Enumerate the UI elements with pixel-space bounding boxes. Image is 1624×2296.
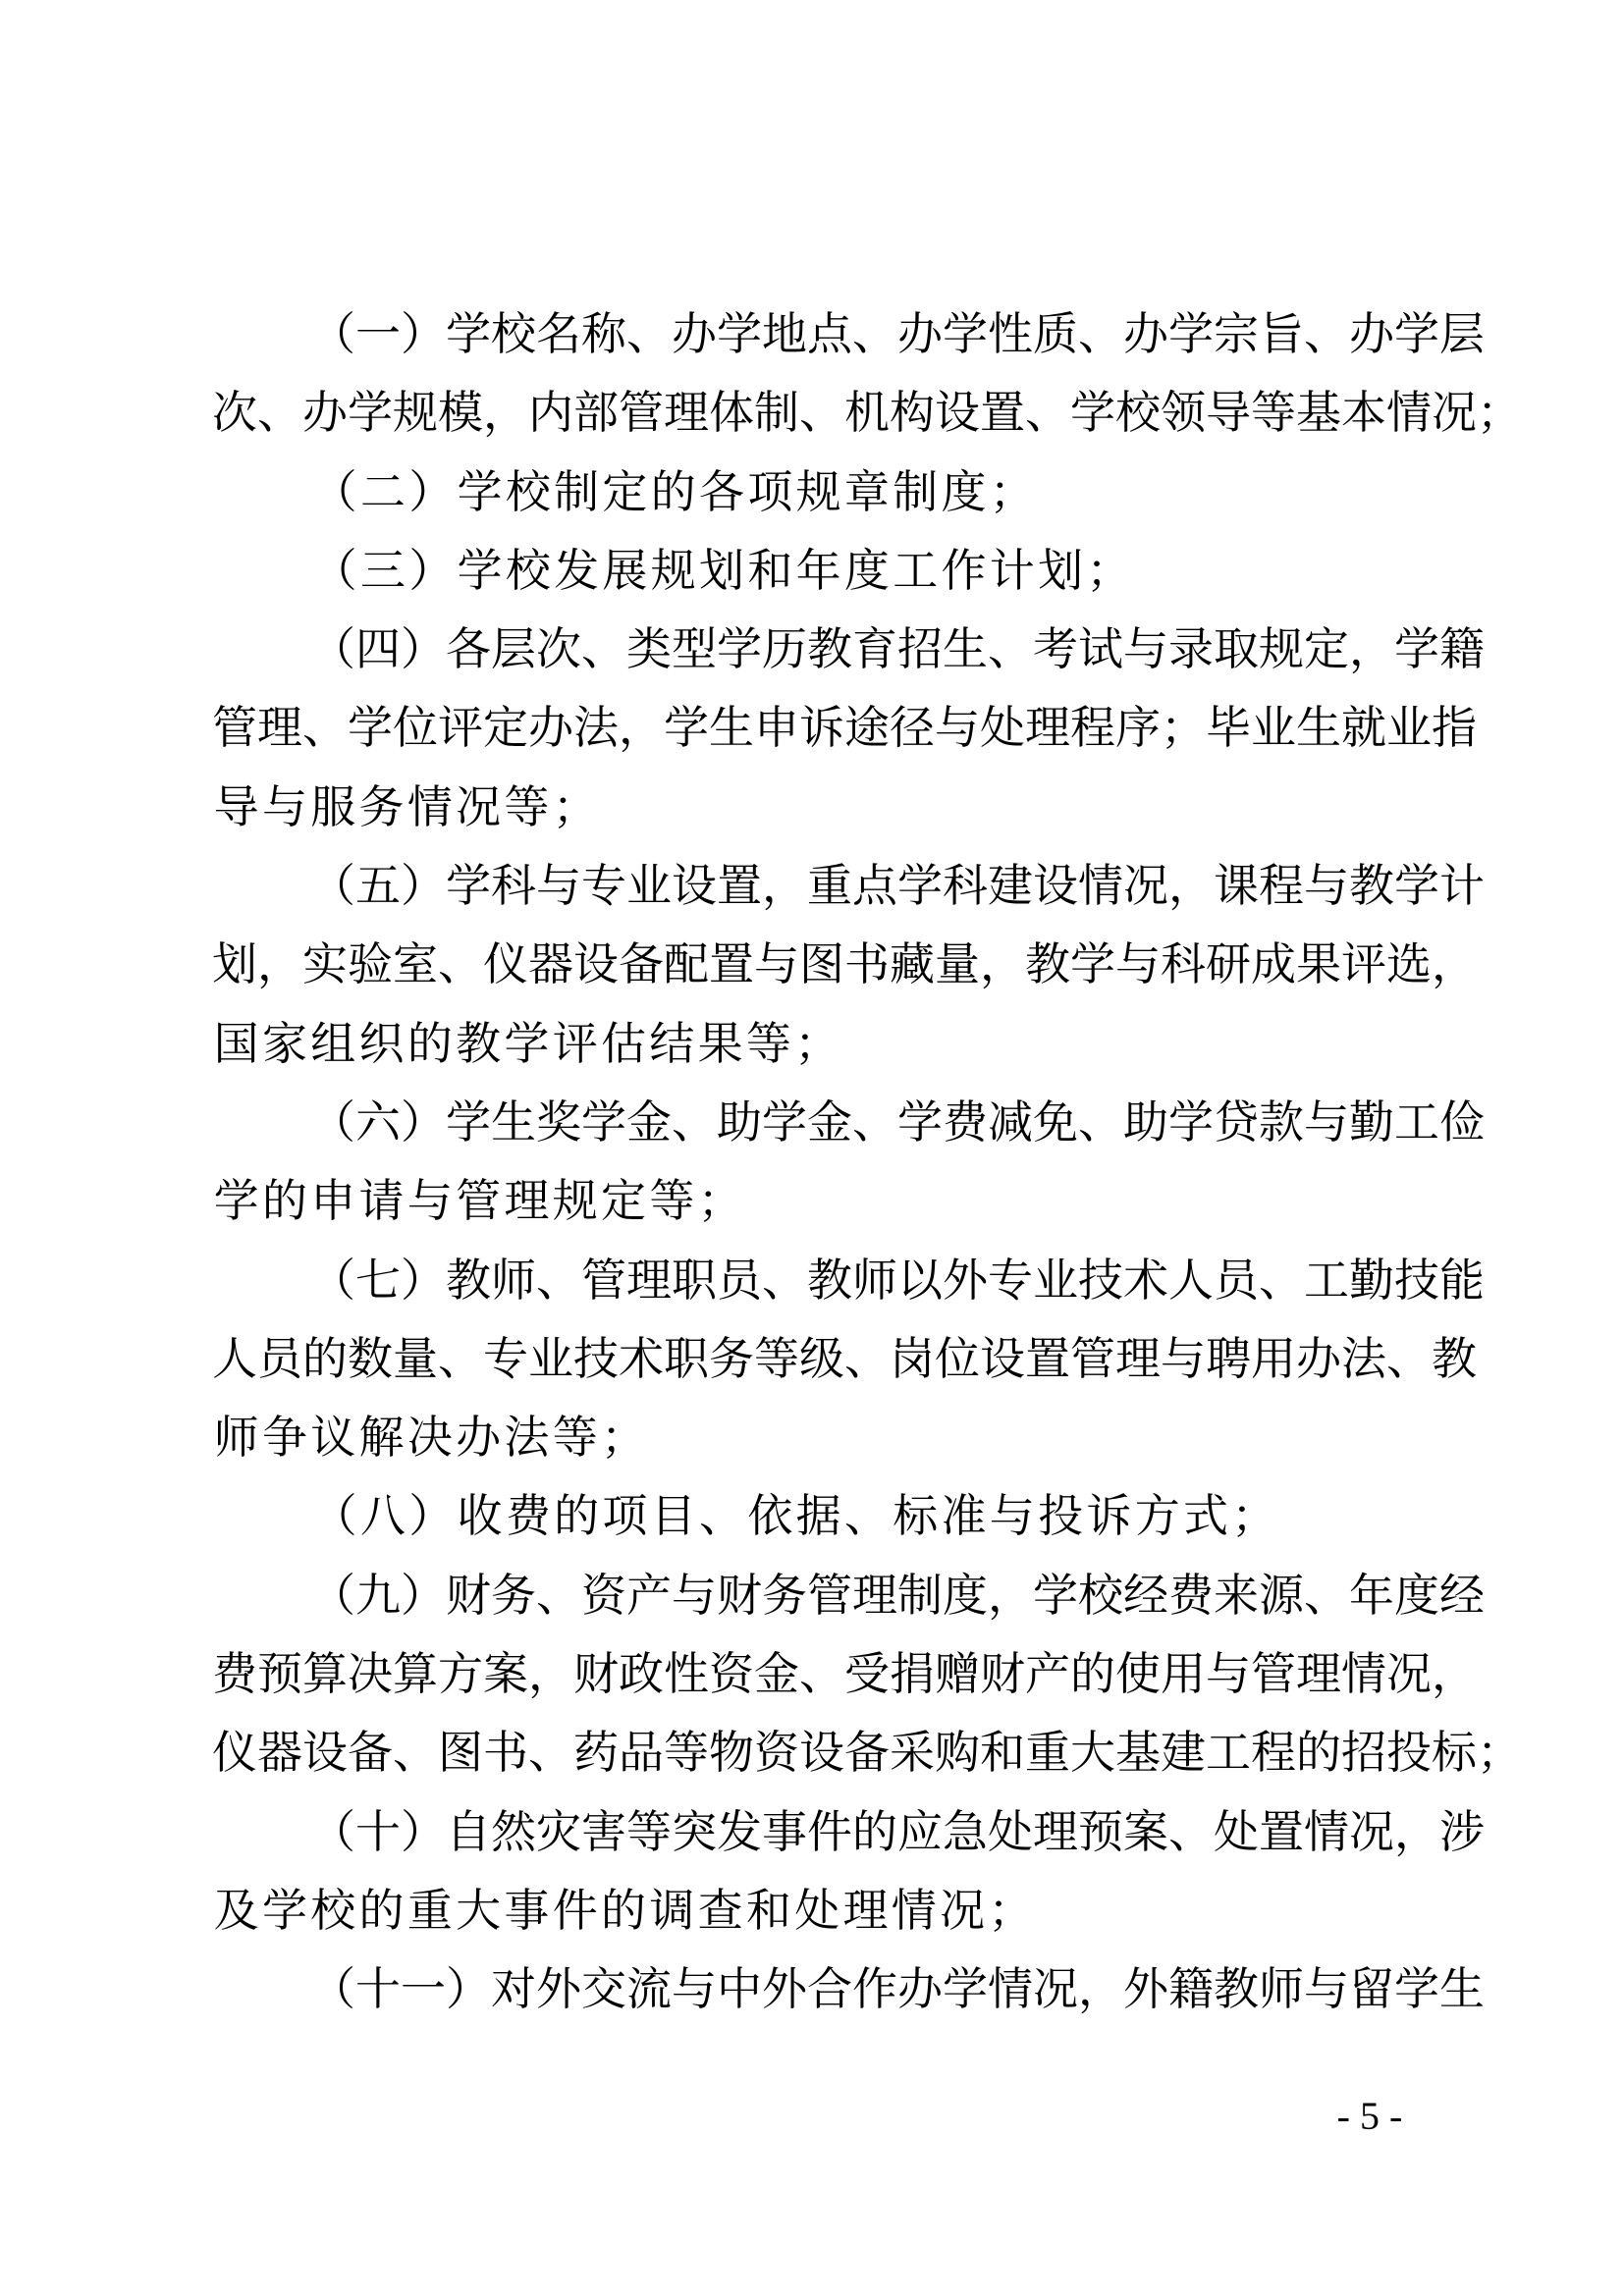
list-item-line: 导与服务情况等； (212, 768, 1422, 846)
list-item-line: 划，实验室、仪器设备配置与图书藏量，教学与科研成果评选， (212, 925, 1422, 1003)
list-item-first-line: （一）学校名称、办学地点、办学性质、办学宗旨、办学层 (212, 294, 1422, 373)
list-item-first-line: （五）学科与专业设置，重点学科建设情况，课程与教学计 (212, 846, 1422, 925)
list-item-first-line: （十）自然灾害等突发事件的应急处理预案、处置情况，涉 (212, 1792, 1422, 1871)
list-item-line: 学的申请与管理规定等； (212, 1161, 1422, 1240)
list-item: （十一）对外交流与中外合作办学情况，外籍教师与留学生 (212, 1949, 1422, 2028)
list-item-first-line: （六）学生奖学金、助学金、学费减免、助学贷款与勤工俭 (212, 1083, 1422, 1161)
list-item: （二）学校制定的各项规章制度； (212, 453, 1422, 531)
list-item-line: 费预算决算方案，财政性资金、受捐赠财产的使用与管理情况， (212, 1634, 1422, 1713)
list-item-line: 仪器设备、图书、药品等物资设备采购和重大基建工程的招投标； (212, 1713, 1422, 1791)
list-item-first-line: （九）财务、资产与财务管理制度，学校经费来源、年度经 (212, 1556, 1422, 1634)
list-item: （三）学校发展规划和年度工作计划； (212, 531, 1422, 610)
list-item: （六）学生奖学金、助学金、学费减免、助学贷款与勤工俭学的申请与管理规定等； (212, 1083, 1422, 1241)
list-item-line: 师争议解决办法等； (212, 1398, 1422, 1476)
list-item-line: 管理、学位评定办法，学生申诉途径与处理程序；毕业生就业指 (212, 688, 1422, 767)
document-page: （一）学校名称、办学地点、办学性质、办学宗旨、办学层次、办学规模，内部管理体制、… (0, 0, 1624, 2296)
list-item-line: 人员的数量、专业技术职务等级、岗位设置管理与聘用办法、教 (212, 1319, 1422, 1398)
list-item-line: 国家组织的教学评估结果等； (212, 1004, 1422, 1083)
list-item-first-line: （七）教师、管理职员、教师以外专业技术人员、工勤技能 (212, 1241, 1422, 1319)
list-item-line: 次、办学规模，内部管理体制、机构设置、学校领导等基本情况； (212, 373, 1422, 452)
list-item-first-line: （三）学校发展规划和年度工作计划； (212, 531, 1422, 610)
page-number: - 5 - (1316, 2089, 1424, 2144)
list-item: （五）学科与专业设置，重点学科建设情况，课程与教学计划，实验室、仪器设备配置与图… (212, 846, 1422, 1083)
list-item: （四）各层次、类型学历教育招生、考试与录取规定，学籍管理、学位评定办法，学生申诉… (212, 610, 1422, 846)
list-item-first-line: （十一）对外交流与中外合作办学情况，外籍教师与留学生 (212, 1949, 1422, 2028)
list-item-line: 及学校的重大事件的调查和处理情况； (212, 1871, 1422, 1949)
list-item: （八）收费的项目、依据、标准与投诉方式； (212, 1476, 1422, 1555)
list-item-first-line: （八）收费的项目、依据、标准与投诉方式； (212, 1476, 1422, 1555)
list-item: （七）教师、管理职员、教师以外专业技术人员、工勤技能人员的数量、专业技术职务等级… (212, 1241, 1422, 1477)
document-body: （一）学校名称、办学地点、办学性质、办学宗旨、办学层次、办学规模，内部管理体制、… (212, 294, 1422, 2029)
list-item-first-line: （四）各层次、类型学历教育招生、考试与录取规定，学籍 (212, 610, 1422, 688)
list-item: （九）财务、资产与财务管理制度，学校经费来源、年度经费预算决算方案，财政性资金、… (212, 1556, 1422, 1792)
list-item: （一）学校名称、办学地点、办学性质、办学宗旨、办学层次、办学规模，内部管理体制、… (212, 294, 1422, 453)
list-item-first-line: （二）学校制定的各项规章制度； (212, 453, 1422, 531)
list-item: （十）自然灾害等突发事件的应急处理预案、处置情况，涉及学校的重大事件的调查和处理… (212, 1792, 1422, 1950)
